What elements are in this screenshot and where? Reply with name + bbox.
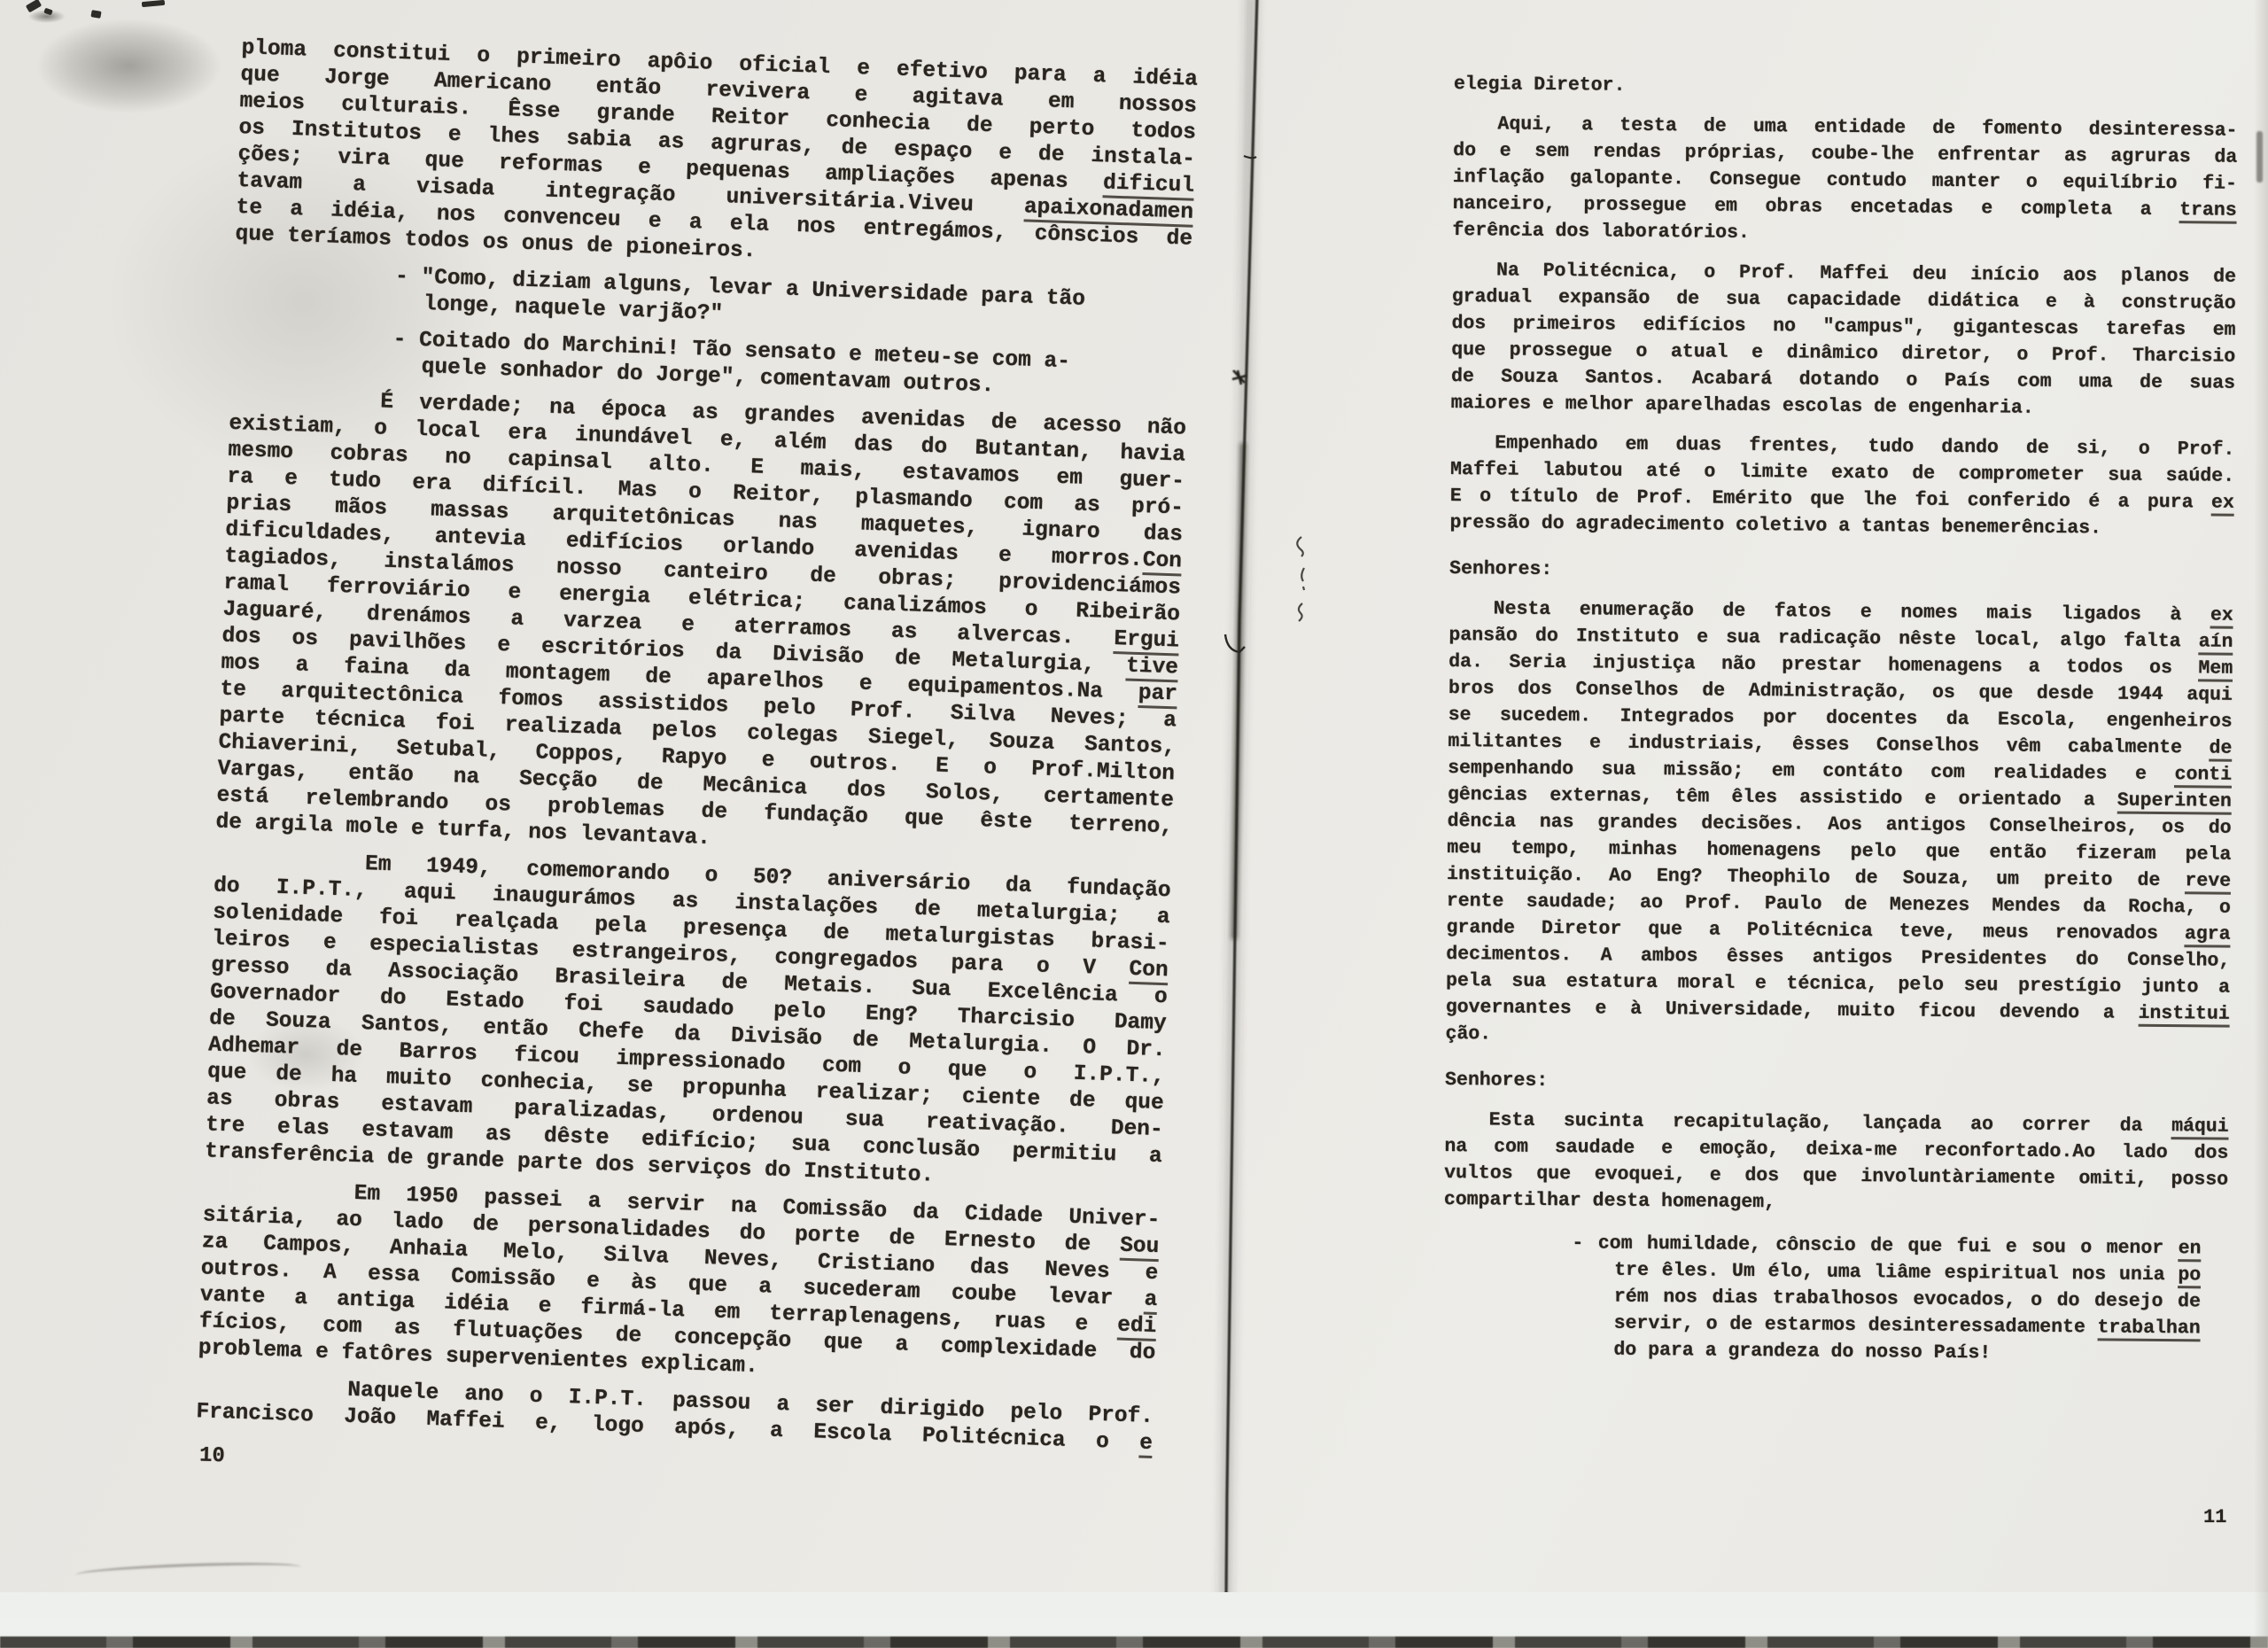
paragraph: É verdade; na época as grandes avenidas … (215, 385, 1186, 868)
page-number-11: 11 (2203, 1506, 2226, 1528)
underlined-fragment: Con (1142, 548, 1182, 576)
page-11-text-column: elegia Diretor.Aqui, a testa de uma enti… (1442, 71, 2238, 1382)
paragraph: Aqui, a testa de uma entidade de fomento… (1452, 111, 2237, 251)
underlined-fragment: e (1139, 1431, 1153, 1458)
book-gutter-shadow (1178, 0, 1382, 1648)
underlined-fragment: en (2178, 1238, 2201, 1262)
paragraph: Nesta enumeração de fatos e nomes mais l… (1445, 595, 2233, 1054)
bullet-item: - com humildade, cônscio de que fui e so… (1442, 1229, 2227, 1369)
paragraph: Empenhado em duas frentes, tudo dando de… (1449, 430, 2234, 543)
underlined-fragment: máqui (2171, 1116, 2229, 1140)
underlined-fragment: ex (2210, 604, 2233, 628)
edge-mark (2256, 131, 2263, 183)
text-line: do para a grandeza do nosso País! (1613, 1337, 2200, 1369)
corner-speck (43, 8, 53, 16)
paragraph: Em 1950 passei a servir na Comissão da C… (198, 1176, 1160, 1394)
underlined-fragment: trabalhan (2097, 1317, 2200, 1341)
section-heading: Senhores: (1445, 1067, 2229, 1100)
underlined-fragment: de (2209, 737, 2232, 761)
underlined-fragment: Superinten (2117, 790, 2232, 815)
underlined-fragment: ex (2211, 492, 2234, 516)
underlined-fragment: aín (2199, 631, 2233, 655)
text-line: elegia Diretor. (1454, 71, 2238, 105)
underlined-fragment: conti (2174, 764, 2232, 789)
corner-speck (26, 0, 42, 12)
underlined-fragment: institui (2138, 1003, 2229, 1028)
text-line: Senhores: (1445, 1067, 2229, 1100)
text-line: Senhores: (1449, 556, 2233, 589)
section-heading: Senhores: (1449, 556, 2233, 589)
corner-speck (90, 10, 101, 19)
scanner-edge-shadow (0, 1636, 2268, 1648)
underlined-fragment: Mem (2198, 657, 2233, 681)
scan-right-edge (2254, 0, 2268, 1648)
underlined-fragment: Sou (1120, 1234, 1160, 1262)
underlined-fragment: agra (2185, 923, 2231, 947)
underlined-fragment: reve (2185, 870, 2231, 894)
underlined-fragment: Ergui (1114, 627, 1179, 656)
paragraph-continuation: elegia Diretor. (1454, 71, 2238, 105)
underlined-fragment: par (1138, 681, 1177, 709)
paragraph: Em 1949, comemorando o 50? aniversário d… (205, 846, 1171, 1197)
underlined-fragment: edi (1117, 1314, 1157, 1341)
paragraph-continuation: ploma constitui o primeiro apôio oficial… (235, 35, 1198, 280)
underlined-fragment: dificul (1103, 171, 1195, 200)
paragraph: Esta sucinta recapitulação, lançada ao c… (1444, 1107, 2229, 1220)
scanned-document-spread: ploma constitui o primeiro apôio oficial… (0, 0, 2268, 1648)
scan-bottom-edge (0, 1592, 2268, 1648)
pencil-streak (75, 1560, 301, 1583)
corner-speck (142, 0, 165, 7)
paragraph: Na Politécnica, o Prof. Maffei deu iníci… (1451, 257, 2237, 424)
underlined-fragment: Con (1129, 958, 1169, 985)
page-number-10: 10 (199, 1444, 226, 1469)
underlined-fragment: po (2178, 1264, 2201, 1288)
page-10-text-column: ploma constitui o primeiro apôio oficial… (196, 35, 1199, 1468)
underlined-fragment: tive (1126, 654, 1179, 682)
underlined-fragment: a (1144, 1288, 1158, 1315)
underlined-fragment: trans (2179, 199, 2237, 224)
